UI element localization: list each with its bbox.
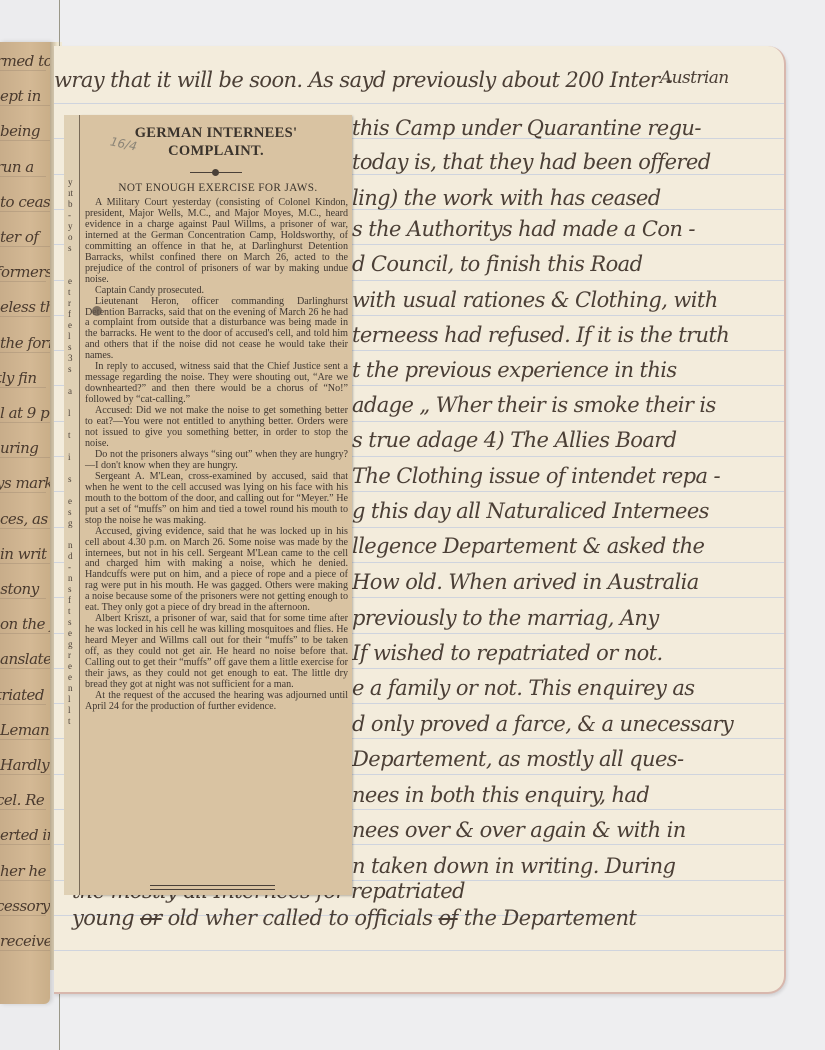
strip-fragment: t <box>68 606 71 616</box>
strip-fragment: l <box>68 694 71 704</box>
clipping-neighbor-column-strip: yıtb-yosetrfels3saltisesgnd-nsftsegreenl… <box>64 115 80 895</box>
strip-fragment: t <box>68 287 71 297</box>
handwritten-line: s true adage 4) The Allies Board <box>352 428 677 452</box>
strip-fragment: y <box>68 177 73 187</box>
handwritten-line: e a family or not. This enquirey as <box>352 676 694 700</box>
left-page-line: being <box>0 122 50 141</box>
strip-fragment: o <box>68 232 73 242</box>
strip-fragment: r <box>68 650 71 660</box>
strip-fragment: ıt <box>68 188 73 198</box>
handwritten-phrase: young <box>72 906 140 930</box>
left-page-line: ces, as <box>0 510 50 529</box>
article-paragraph: Albert Kriszt, a prisoner of war, said t… <box>85 614 348 691</box>
strip-fragment: l <box>68 331 71 341</box>
handwritten-line: d Council, to finish this Road <box>352 252 642 276</box>
left-page-line: ys mark <box>0 474 46 493</box>
handwritten-line: adage „ Wher their is smoke their is <box>352 393 716 417</box>
left-page-line: erted in <box>0 826 50 845</box>
handwritten-line: g this day all Naturaliced Internees <box>352 499 709 523</box>
strip-fragment: s <box>68 342 72 352</box>
article-paragraph: Sergeant A. M'Lean, cross-examined by ac… <box>85 472 348 527</box>
strip-fragment: e <box>68 320 72 330</box>
left-page-line: her he <box>0 862 50 881</box>
strip-fragment: i <box>68 452 71 462</box>
handwritten-line: today is, that they had been offered <box>352 150 711 174</box>
handwritten-line: llegence Departement & asked the <box>352 534 704 558</box>
left-page-line: Leman <box>0 721 50 740</box>
strip-fragment: e <box>68 496 72 506</box>
strip-fragment: - <box>68 562 71 572</box>
left-page-line: l at 9 p <box>0 404 50 423</box>
left-page-line: receive <box>0 932 50 951</box>
article-end-rule <box>150 885 275 890</box>
strip-fragment: a <box>68 386 72 396</box>
strip-fragment: f <box>68 309 71 319</box>
handwritten-line: If wished to repatriated or not. <box>352 641 663 665</box>
left-page-line: istony <box>0 580 46 599</box>
handwritten-line: nees in both this enquiry, had <box>352 783 649 807</box>
strip-fragment: g <box>68 518 73 528</box>
article-paragraph: A Military Court yesterday (consisting o… <box>85 198 348 286</box>
handwritten-phrase: old wher called to officials <box>162 906 439 930</box>
left-page-line: to ceas <box>0 193 50 212</box>
left-page-line: eless the <box>0 298 50 317</box>
left-page-line: the former <box>0 334 50 353</box>
strip-fragment: t <box>68 430 71 440</box>
left-facing-page: rmed toept inbeingrun ato ceaster ofform… <box>0 42 50 1004</box>
strip-fragment: e <box>68 661 72 671</box>
left-page-line: tly fin <box>0 369 46 388</box>
article-paragraph: Captain Candy prosecuted. <box>85 286 348 297</box>
article-paragraph: At the request of the accused the hearin… <box>85 691 348 713</box>
newspaper-clipping: 16/4 GERMAN INTERNEES' COMPLAINT. NOT EN… <box>80 115 352 895</box>
strip-fragment: t <box>68 716 71 726</box>
struck-word: of <box>438 906 457 930</box>
handwritten-line: Departement, as mostly all ques- <box>352 747 683 771</box>
strip-fragment: l <box>68 705 71 715</box>
strip-fragment: n <box>68 573 73 583</box>
clipping-subheadline: NOT ENOUGH EXERCISE FOR JAWS. <box>86 182 350 194</box>
handwritten-line: with usual rationes & Clothing, with <box>352 288 718 312</box>
handwritten-phrase: repatriated <box>345 879 465 903</box>
strip-fragment: e <box>68 276 72 286</box>
strip-fragment: e <box>68 628 72 638</box>
clipping-article-body: A Military Court yesterday (consisting o… <box>85 198 348 713</box>
strip-fragment: n <box>68 683 73 693</box>
article-paragraph: Lieutenant Heron, officer commanding Dar… <box>85 297 348 363</box>
headline-ornament-dot <box>212 169 219 176</box>
clipping-headline-line2: COMPLAINT. <box>80 143 352 160</box>
strip-fragment: s <box>68 507 72 517</box>
clipping-headline-line1: GERMAN INTERNEES' <box>80 125 352 142</box>
strip-fragment: s <box>68 474 72 484</box>
ruled-line <box>54 950 784 951</box>
handwritten-line: wray that it will be soon. As sayd previ… <box>54 68 672 92</box>
strip-fragment: g <box>68 639 73 649</box>
left-page-line: triated <box>0 686 46 705</box>
handwritten-line: How old. When arived in Australia <box>352 570 699 594</box>
left-page-line: ept in <box>0 87 50 106</box>
article-paragraph: Accused: Did we not make the noise to ge… <box>85 406 348 450</box>
strip-fragment: d <box>68 551 73 561</box>
handwritten-line: young or old wher called to officials of… <box>72 906 636 930</box>
left-page-line: anslated <box>0 650 50 669</box>
handwritten-line: d only proved a farce, & a unecessary <box>352 712 733 736</box>
handwritten-line: nees over & over again & with in <box>352 818 686 842</box>
strip-fragment: f <box>68 595 71 605</box>
strip-fragment: l <box>68 408 71 418</box>
struck-word: or <box>140 906 161 930</box>
left-page-line: cel. Re <box>0 791 46 810</box>
left-page-line: cessory <box>0 897 46 916</box>
handwritten-line: previously to the marriag, Any <box>352 606 659 630</box>
handwritten-line: n taken down in writing. During <box>352 854 675 878</box>
strip-fragment: - <box>68 210 71 220</box>
strip-fragment: e <box>68 672 72 682</box>
handwritten-line: t the previous experience in this <box>352 358 677 382</box>
left-page-line: formers <box>0 263 46 282</box>
handwritten-phrase: the Departement <box>458 906 637 930</box>
handwritten-line: this Camp under Quarantine regu- <box>352 116 701 140</box>
left-page-line: uring <box>0 439 50 458</box>
article-paragraph: Do not the prisoners always “sing out” w… <box>85 450 348 472</box>
left-page-line: run a <box>0 158 46 177</box>
left-page-line: in writ <box>0 545 50 564</box>
strip-fragment: s <box>68 584 72 594</box>
left-page-line: rmed to <box>0 52 46 71</box>
ruled-line <box>54 103 784 104</box>
left-page-line: on the f <box>0 615 50 634</box>
left-page-line: ter of <box>0 228 50 247</box>
strip-fragment: s <box>68 617 72 627</box>
ink-blot <box>92 306 102 316</box>
strip-fragment: s <box>68 364 72 374</box>
strip-fragment: y <box>68 221 73 231</box>
handwritten-line: The Clothing issue of intendet repa - <box>352 464 720 488</box>
strip-fragment: b <box>68 199 73 209</box>
left-page-line: Hardly <box>0 756 50 775</box>
handwritten-line: ling) the work with has ceased <box>352 186 661 210</box>
handwritten-line: terneess had refused. If it is the truth <box>352 323 729 347</box>
strip-fragment: r <box>68 298 71 308</box>
strip-fragment: n <box>68 540 73 550</box>
handwritten-line: s the Authoritys had made a Con - <box>352 217 695 241</box>
strip-fragment: 3 <box>68 353 73 363</box>
article-paragraph: Accused, giving evidence, said that he w… <box>85 527 348 615</box>
strip-fragment: s <box>68 243 72 253</box>
article-paragraph: In reply to accused, witness said that t… <box>85 362 348 406</box>
